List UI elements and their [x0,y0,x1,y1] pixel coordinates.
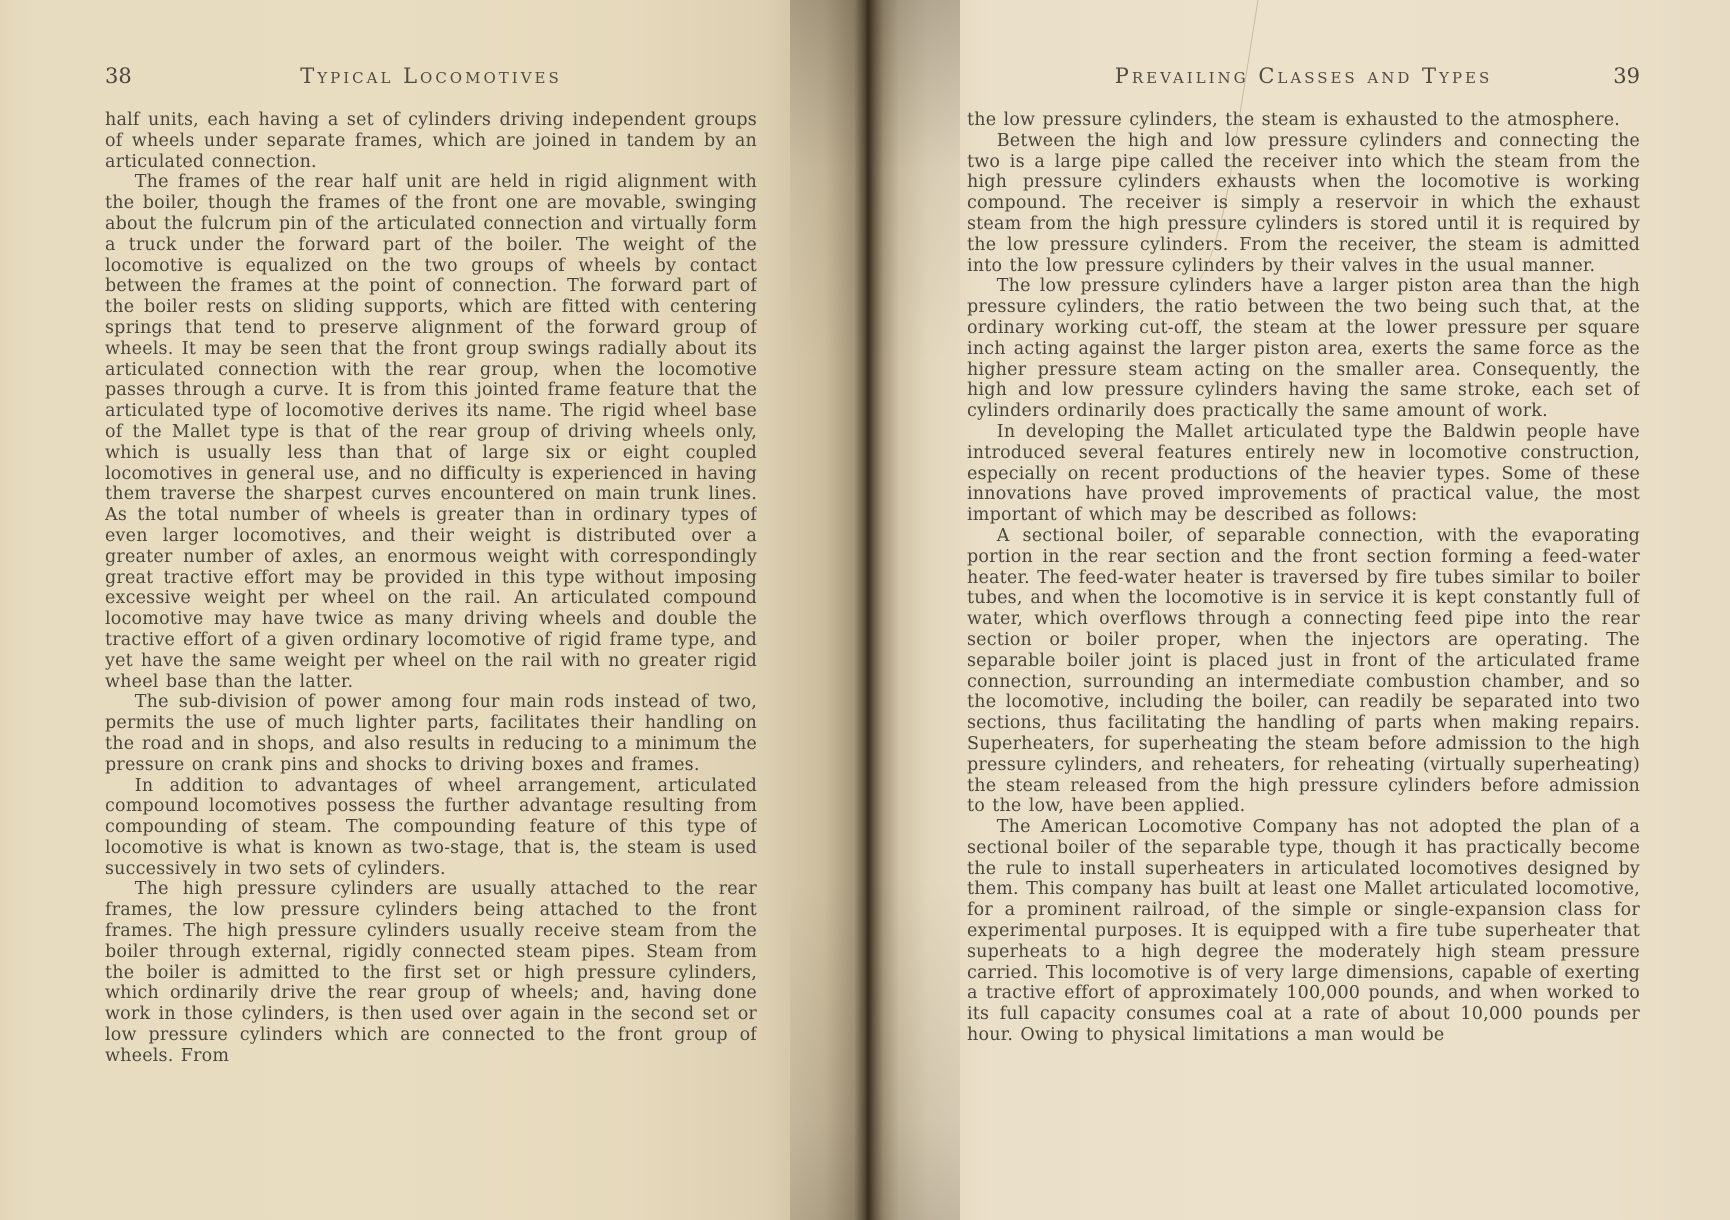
paragraph: The American Locomotive Company has not … [967,817,1640,1046]
page-number-right: 39 [1613,64,1640,88]
page-header-left: 38 Typical Locomotives [105,64,757,98]
paragraph: Between the high and low pressure cylind… [967,131,1640,277]
paragraph: the low pressure cylinders, the steam is… [967,110,1640,131]
paragraph: The high pressure cylinders are usually … [105,879,757,1066]
running-header-left: Typical Locomotives [105,64,757,88]
paragraph: The frames of the rear half unit are hel… [105,172,757,692]
page-header-right: Prevailing Classes and Types 39 [967,64,1640,98]
paragraph: The sub-division of power among four mai… [105,692,757,775]
page-body-left: half units, each having a set of cylinde… [105,110,757,1070]
page-right: Prevailing Classes and Types 39 the low … [868,0,1730,1220]
paragraph: In addition to advantages of wheel arran… [105,776,757,880]
running-header-right: Prevailing Classes and Types [967,64,1640,88]
page-body-right: the low pressure cylinders, the steam is… [967,110,1640,1070]
page-left: 38 Typical Locomotives half units, each … [0,0,868,1220]
paragraph: The low pressure cylinders have a larger… [967,276,1640,422]
paragraph: In developing the Mallet articulated typ… [967,422,1640,526]
paragraph: half units, each having a set of cylinde… [105,110,757,172]
page-number-left: 38 [105,64,132,88]
book-spread: 38 Typical Locomotives half units, each … [0,0,1730,1220]
paragraph: A sectional boiler, of separable connect… [967,526,1640,817]
